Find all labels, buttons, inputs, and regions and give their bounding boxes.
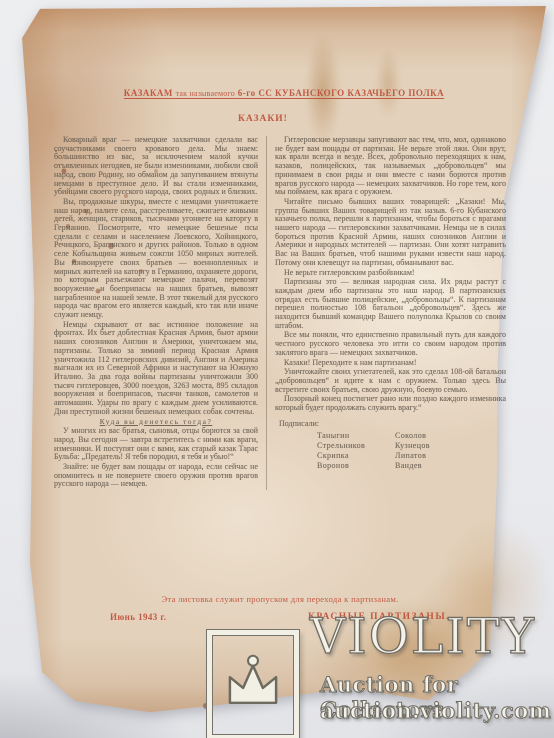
paragraph: У многих из вас братья, сыновья, отцы бо… [54,427,258,462]
paragraph: Позорный конец постигнет рано или поздно… [275,395,506,412]
watermark-url: auction.violity.com [320,698,551,723]
text-columns: Коварный враг — немецкие захватчики сдел… [54,136,506,490]
watermark-brand: VIOLITY [310,612,536,661]
date-line: Июнь 1943 г. [110,612,166,622]
paragraph: Казаки! Переходите к нам партизанам! [275,359,506,368]
signature-name: Воронов [317,462,389,471]
paragraph: Не верьте гитлеровским разбойникам! [275,269,506,278]
left-column: Коварный враг — немецкие захватчики сдел… [54,136,258,490]
signature-columns: Таныгин Стрельников Скрипка Воронов Соко… [275,432,506,473]
paragraph: Знайте: не будет вам пощады от народа, е… [54,463,258,489]
right-column: Гитлеровские мерзавцы запугивают вас тем… [266,136,506,490]
signature-name: Таныгин [317,432,389,441]
watermark-logo-box [207,630,299,738]
paragraph: Коварный враг — немецкие захватчики сдел… [54,136,258,197]
column-heading: Куда вы денетесь тогда? [54,418,258,427]
signature-name: Кузнецов [395,442,430,451]
salutation: КАЗАКИ! [20,114,506,124]
signature-column-2: Соколов Кузнецов Липатов Вандев [395,432,430,473]
signature-name: Липатов [395,452,430,461]
signature-column-1: Таныгин Стрельников Скрипка Воронов [317,432,389,473]
paragraph: Гитлеровские мерзавцы запугивают вас тем… [275,136,506,197]
paragraph: Партизаны это — великая народная сила. И… [275,278,506,330]
signatures-label: Подписали: [275,420,506,429]
signature-name: Вандев [395,462,430,471]
paragraph: Читайте письмо бывших ваших товарищей: „… [275,198,506,268]
paragraph: Все мы поняли, что единственно правильны… [275,331,506,357]
signature-name: Скрипка [317,452,389,461]
signature-name: Стрельников [317,442,389,451]
paragraph: Уничтожайте своих угнетателей, как это с… [275,368,506,394]
pass-line: Эта листовка служит пропуском для перехо… [54,594,506,604]
title-rest: 6-го СС КУБАНСКОГО КАЗАЧЬЕГО ПОЛКА [238,88,444,98]
title-lead: КАЗАКАМ [124,88,173,98]
paragraph: Вы, продажные шкуры, вместе с немцами ун… [54,198,258,320]
signature-name: Соколов [395,432,430,441]
leaflet-title: КАЗАКАМ так называемого 6-го СС КУБАНСКО… [20,88,548,98]
crown-icon [220,650,286,721]
signatures-block: Подписали: Таныгин Стрельников Скрипка В… [275,420,506,473]
title-small: так называемого [176,89,235,98]
paragraph: Немцы скрывают от вас истинное положение… [54,321,258,417]
